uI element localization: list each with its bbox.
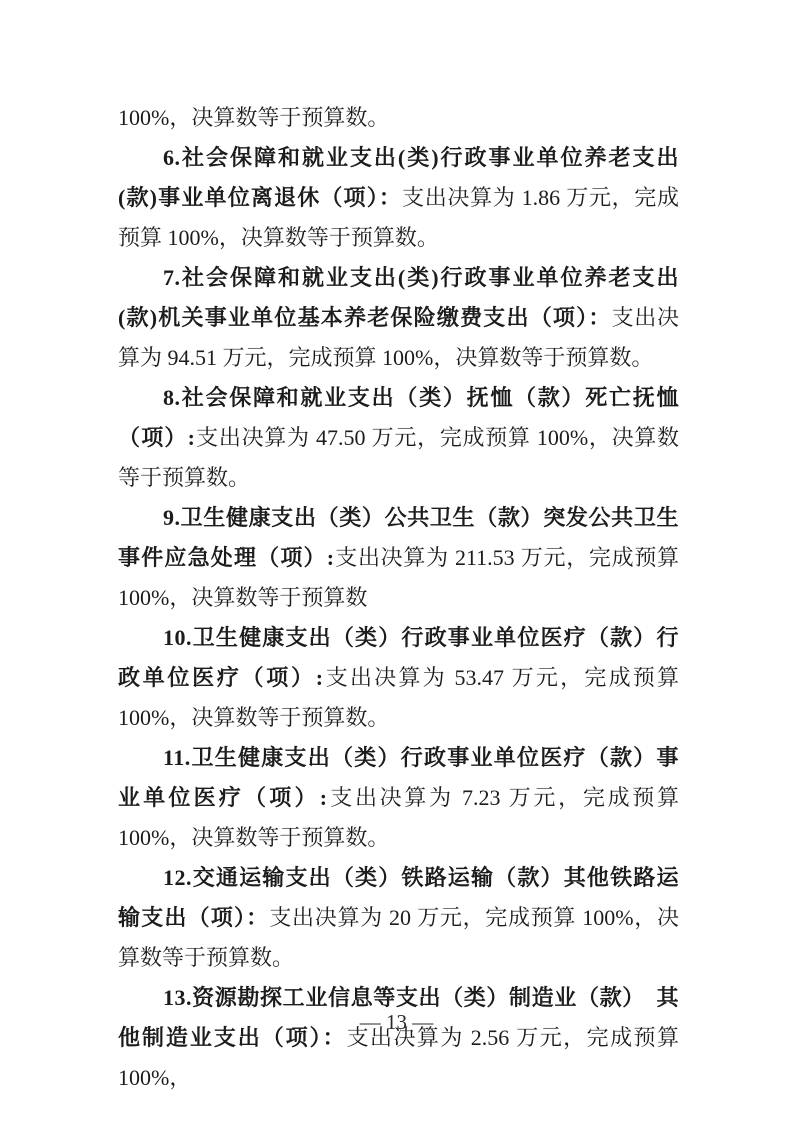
document-page: 100%，决算数等于预算数。 6.社会保障和就业支出(类)行政事业单位养老支出(… — [0, 0, 793, 1122]
paragraph-11: 11.卫生健康支出（类）行政事业单位医疗（款）事业单位医疗（项）:支出决算为 7… — [118, 738, 679, 858]
paragraph-12: 12.交通运输支出（类）铁路运输（款）其他铁路运输支出（项）：支出决算为 20 … — [118, 858, 679, 978]
paragraph-6: 6.社会保障和就业支出(类)行政事业单位养老支出(款)事业单位离退休（项）：支出… — [118, 138, 679, 258]
paragraph-8: 8.社会保障和就业支出（类）抚恤（款）死亡抚恤（项）:支出决算为 47.50 万… — [118, 378, 679, 498]
text-block: 100%，决算数等于预算数。 6.社会保障和就业支出(类)行政事业单位养老支出(… — [118, 98, 679, 1098]
continuation-text: 100%，决算数等于预算数。 — [118, 98, 679, 138]
paragraph-7: 7.社会保障和就业支出(类)行政事业单位养老支出(款)机关事业单位基本养老保险缴… — [118, 258, 679, 378]
paragraph-10: 10.卫生健康支出（类）行政事业单位医疗（款）行政单位医疗（项）:支出决算为 5… — [118, 618, 679, 738]
paragraph-13: 13.资源勘探工业信息等支出（类）制造业（款） 其他制造业支出（项）：支出决算为… — [118, 978, 679, 1098]
page-number: — 13 — — [0, 1010, 793, 1035]
paragraph-7-head: 7.社会保障和就业支出(类)行政事业单位养老支出(款)机关事业单位基本养老保险缴… — [118, 265, 679, 330]
paragraph-9: 9.卫生健康支出（类）公共卫生（款）突发公共卫生事件应急处理（项）:支出决算为 … — [118, 498, 679, 618]
paragraph-8-body: 支出决算为 47.50 万元，完成预算 100%，决算数等于预算数。 — [118, 425, 679, 490]
